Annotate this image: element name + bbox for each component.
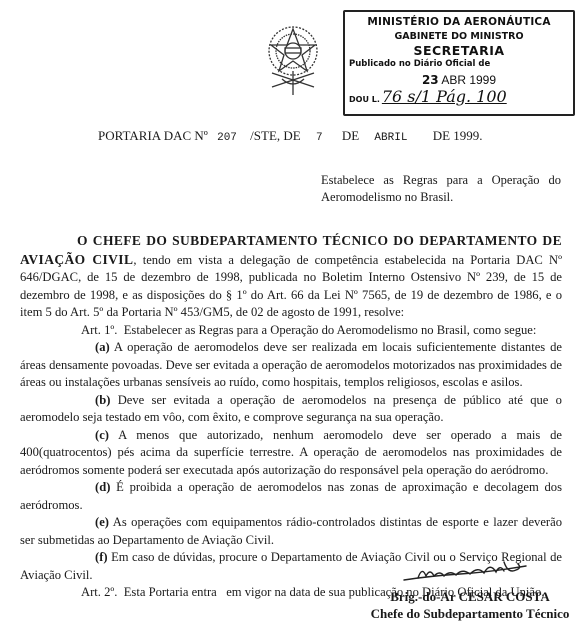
portaria-day: 7 xyxy=(316,132,323,144)
signatory-name: Brig.-do-Ar CESAR COSTA xyxy=(370,588,570,605)
article-1: Art. 1º. Estabelecer as Regras para a Op… xyxy=(20,322,562,340)
ementa: Estabelece as Regras para a Operação do … xyxy=(321,172,561,206)
preamble: O CHEFE DO SUBDEPARTAMENTO TÉCNICO DO DE… xyxy=(20,232,562,322)
item-d-label: (d) xyxy=(95,480,110,494)
signature-scribble-icon xyxy=(400,558,530,586)
signatory: Brig.-do-Ar CESAR COSTA Chefe do Subdepa… xyxy=(370,588,570,622)
item-c-label: (c) xyxy=(95,428,109,442)
stamp-ministry: MINISTÉRIO DA AERONÁUTICA xyxy=(345,16,573,28)
item-f-label: (f) xyxy=(95,550,108,564)
stamp-dou-ref: DOU L.76 s/1 Pág. 100 xyxy=(345,87,573,106)
portaria-month: ABRIL xyxy=(374,132,407,144)
coat-of-arms-icon xyxy=(262,15,324,97)
item-e-label: (e) xyxy=(95,515,109,529)
stamp-published: Publicado no Diário Oficial de xyxy=(345,59,573,69)
portaria-year: DE 1999. xyxy=(433,128,483,144)
article-2-label: Art. 2º. xyxy=(81,585,117,599)
item-b-label: (b) xyxy=(95,393,110,407)
stamp-day: 23 xyxy=(422,73,439,87)
document-body: O CHEFE DO SUBDEPARTAMENTO TÉCNICO DO DE… xyxy=(20,232,562,602)
item-e: (e) As operações com equipamentos rádio-… xyxy=(20,514,562,549)
stamp-dou-label: DOU L. xyxy=(349,95,380,104)
stamp-month-year: ABR 1999 xyxy=(441,73,496,87)
portaria-ste: /STE, DE xyxy=(250,128,301,144)
item-c: (c) A menos que autorizado, nenhum aerom… xyxy=(20,427,562,480)
portaria-number: 207 xyxy=(217,132,237,144)
item-a-label: (a) xyxy=(95,340,110,354)
article-1-label: Art. 1º. xyxy=(81,323,117,337)
portaria-de: DE xyxy=(342,128,359,144)
item-d: (d) É proibida a operação de aeromodelos… xyxy=(20,479,562,514)
item-a: (a) A operação de aeromodelos deve ser r… xyxy=(20,339,562,392)
stamp-date: 23 ABR 1999 xyxy=(345,73,573,87)
portaria-prefix: PORTARIA DAC Nº xyxy=(98,128,208,144)
stamp-cabinet: GABINETE DO MINISTRO xyxy=(345,31,573,42)
stamp-secretariat: SECRETARIA xyxy=(345,43,573,58)
portaria-header: PORTARIA DAC Nº 207 /STE, DE 7 DE ABRIL … xyxy=(98,128,483,144)
stamp-handwritten-ref: 76 s/1 Pág. 100 xyxy=(382,87,507,106)
signatory-title: Chefe do Subdepartamento Técnico xyxy=(370,605,570,622)
article-1-text: Estabelecer as Regras para a Operação do… xyxy=(124,323,537,337)
publication-stamp: MINISTÉRIO DA AERONÁUTICA GABINETE DO MI… xyxy=(343,10,575,116)
item-b: (b) Deve ser evitada a operação de aerom… xyxy=(20,392,562,427)
